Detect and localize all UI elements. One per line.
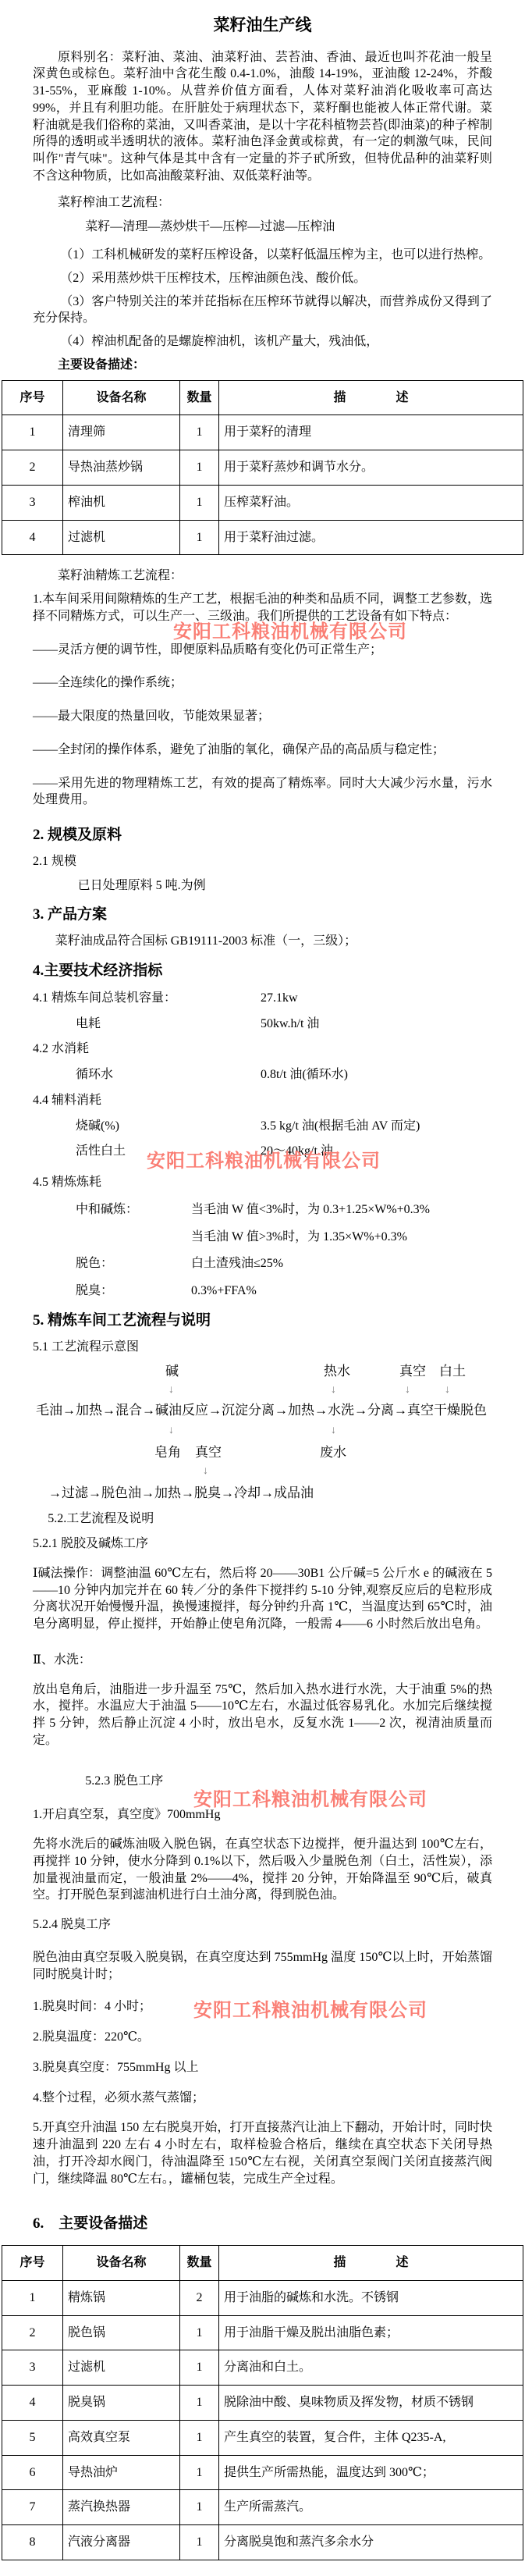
indicator-row: 烧碱(%) 3.5 kg/t 油(根据毛油 AV 而定) [33, 1118, 492, 1135]
cell-qty: 1 [180, 2525, 219, 2560]
section-4-5-subheading: 4.5 精炼炼耗 安阳工科粮油机械有限公司 [33, 1174, 492, 1191]
cell-no: 2 [2, 450, 63, 486]
indicator-row: 活性白土 20～40kg/t 油 [33, 1143, 492, 1160]
table-row: 3 榨油机 1 压榨菜籽油。 [2, 485, 523, 520]
cell-no: 1 [2, 415, 63, 450]
press-point-2: （2）采用蒸炒烘干压榨技术，压榨油颜色浅、酸价低。 [33, 270, 492, 287]
col-header-desc: 描 述 [219, 2246, 523, 2281]
loss-row: 当毛油 W 值>3%时，为 1.35×W%+0.3% [33, 1229, 492, 1246]
deodorize-item-1-text: 1.脱臭时间：4 小时； [33, 2000, 151, 2013]
water-wash-paragraph: 放出皂角后，油脂进一步升温至 75℃，然后加入热水进行水洗，大于油重 5%的热水… [33, 1681, 492, 1749]
cell-no: 3 [2, 2350, 63, 2386]
cell-no: 8 [2, 2525, 63, 2560]
deodorize-paragraph: 脱色油由真空泵吸入脱臭锅，在真空度达到 755mmHg 温度 150℃以上时，开… [33, 1949, 492, 1984]
process-flow-diagram: 碱 热水 真空 白土 ↓ ↓ ↓ ↓ 毛油→加热→混合→碱油反应→沉淀分离→加热… [0, 1362, 525, 1507]
loss-value: 当毛油 W 值<3%时，为 0.3+1.25×W%+0.3% [191, 1201, 430, 1219]
section-4-heading: 4.主要技术经济指标 [33, 961, 492, 981]
table-row: 6 导热油炉 1 提供生产所需热能，温度达到 300℃； [2, 2455, 523, 2490]
cell-desc: 用于菜籽的清理 [219, 415, 523, 450]
cell-qty: 1 [180, 2455, 219, 2490]
col-header-no: 序号 [2, 2246, 63, 2281]
page-title: 菜籽油生产线 [33, 14, 492, 37]
table-row: 2 脱色锅 1 用于油脂干燥及脱出油脂色素； [2, 2315, 523, 2350]
cell-no: 1 [2, 2280, 63, 2315]
cell-name: 精炼锅 [63, 2280, 180, 2315]
deodorize-item-4: 4.整个过程，必须水蒸气蒸馏； [33, 2090, 492, 2107]
loss-value: 0.3%+FFA% [191, 1283, 257, 1300]
table-row: 1 精炼锅 2 用于油脂的碱炼和水洗。不锈钢 [2, 2280, 523, 2315]
cell-qty: 2 [180, 2280, 219, 2315]
table-row: 5 高效真空泵 1 产生真空的装置，复合件，主体 Q235-A, [2, 2420, 523, 2455]
flow-second-line: →过滤→脱色油→加热→脱臭→冷却→成品油 [48, 1484, 314, 1502]
cell-no: 7 [2, 2490, 63, 2525]
alkali-operation-paragraph: Ⅰ碱法操作：调整油温 60℃左右，然后将 20——30B1 公斤碱=5 公斤水 … [33, 1565, 492, 1633]
down-arrow-icon: ↓ [203, 1464, 208, 1478]
section-2-heading: 2. 规模及原料 [33, 825, 492, 845]
indicator-label: 4.2 水消耗 [33, 1041, 261, 1058]
flow-input-hot-water: 热水 [324, 1362, 350, 1380]
refinery-equipment-table: 序号 设备名称 数量 描 述 1 精炼锅 2 用于油脂的碱炼和水洗。不锈钢 2 … [2, 2245, 523, 2560]
indicator-row: 4.4 辅料消耗 [33, 1092, 492, 1109]
company-watermark: 安阳工科粮油机械有限公司 [193, 1788, 427, 1813]
loss-row: 脱色： 白土渣残油≤25% [33, 1255, 492, 1272]
cell-no: 4 [2, 2386, 63, 2421]
deodorize-item-3: 3.脱臭真空度：755mmHg 以上 [33, 2059, 492, 2076]
press-point-4: （4）榨油机配备的是螺旋榨油机，该机产量大，残油低， [33, 333, 492, 350]
document-page: 菜籽油生产线 原料别名：菜籽油、菜油、油菜籽油、芸苔油、香油、最近也叫芥花油一般… [0, 0, 525, 2576]
col-header-desc: 描 述 [219, 380, 523, 415]
cell-desc: 生产所需蒸汽。 [219, 2490, 523, 2525]
vacuum-pump-text: 1.开启真空泵，真空度》700mmHg [33, 1808, 220, 1821]
cell-qty: 1 [180, 2490, 219, 2525]
vacuum-pump-line: 1.开启真空泵，真空度》700mmHg 安阳工科粮油机械有限公司 [33, 1806, 492, 1823]
section-5-2-3-subheading: 5.2.3 脱色工序 [33, 1773, 492, 1790]
company-watermark: 安阳工科粮油机械有限公司 [193, 1998, 427, 2024]
table-header-row: 序号 设备名称 数量 描 述 [2, 380, 523, 415]
press-flow-label: 菜籽榨油工艺流程： [33, 194, 492, 212]
cell-name: 导热油炉 [63, 2455, 180, 2490]
press-flow-chain: 菜籽—清理—蒸炒烘干—压榨—过滤—压榨油 [33, 219, 492, 236]
col-header-qty: 数量 [180, 380, 219, 415]
cell-qty: 1 [180, 485, 219, 520]
press-point-3: （3）客户特别关注的苯并芘指标在压榨环节就得以解决，而营养成份又得到了充分保持。 [33, 294, 492, 328]
equipment-heading-press: 主要设备描述： [33, 357, 492, 374]
feature-item: ——采用先进的物理精炼工艺，有效的提高了精炼率。同时大大减少污水量，污水处理费用… [33, 775, 492, 809]
loss-label: 中和碱炼： [76, 1201, 191, 1219]
table-row: 3 过滤机 1 分离油和白土。 [2, 2350, 523, 2386]
indicator-label: 烧碱(%) [76, 1118, 261, 1135]
flow-input-alkali: 碱 [165, 1362, 179, 1380]
section-3-heading: 3. 产品方案 [33, 905, 492, 925]
cell-desc: 脱除油中酸、臭味物质及挥发物，材质不锈钢 [219, 2386, 523, 2421]
loss-value: 白土渣残油≤25% [191, 1255, 283, 1272]
flow-main-line: 毛油→加热→混合→碱油反应→沉淀分离→加热→水洗→分离→真空干燥脱色 [36, 1401, 487, 1419]
indicator-value: 27.1kw [261, 990, 298, 1007]
feature-item: ——全连续化的操作系统； [33, 674, 492, 692]
cell-desc: 提供生产所需热能，温度达到 300℃； [219, 2455, 523, 2490]
flow-input-vacuum: 真空 [399, 1362, 426, 1380]
cell-desc: 用于油脂干燥及脱出油脂色素； [219, 2315, 523, 2350]
cell-no: 3 [2, 485, 63, 520]
deodorize-item-5: 5.开真空升油温 150 左右脱臭开始，打开直接蒸汽让油上下翻动，开始计时，同时… [33, 2119, 492, 2187]
cell-desc: 压榨菜籽油。 [219, 485, 523, 520]
table-row: 4 脱臭锅 1 脱除油中酸、臭味物质及挥发物，材质不锈钢 [2, 2386, 523, 2421]
section-4-5-text: 4.5 精炼炼耗 [33, 1176, 101, 1189]
feature-item: ——最大限度的热量回收，节能效果显著； [33, 708, 492, 725]
table-row: 8 汽液分离器 1 分离脱臭饱和蒸汽多余水分 [2, 2525, 523, 2560]
cell-name: 过滤机 [63, 2350, 180, 2386]
cell-desc: 产生真空的装置，复合件，主体 Q235-A, [219, 2420, 523, 2455]
down-arrow-icon: ↓ [168, 1423, 174, 1438]
loss-label: 脱色： [76, 1255, 191, 1272]
down-arrow-icon: ↓ [445, 1382, 450, 1397]
indicator-value: 20～40kg/t 油 [261, 1143, 333, 1160]
indicator-label: 4.4 辅料消耗 [33, 1092, 261, 1109]
flow-output-soapstock: 皂角 [154, 1443, 181, 1461]
down-arrow-icon: ↓ [405, 1382, 410, 1397]
cell-no: 5 [2, 2420, 63, 2455]
deodorize-item-2: 2.脱臭温度：220℃。 [33, 2029, 492, 2046]
deodorize-item-1: 1.脱臭时间：4 小时； 安阳工科粮油机械有限公司 [33, 1998, 492, 2016]
loss-value: 当毛油 W 值>3%时，为 1.35×W%+0.3% [191, 1229, 407, 1246]
cell-name: 汽液分离器 [63, 2525, 180, 2560]
cell-name: 清理筛 [63, 415, 180, 450]
indicator-label: 电耗 [76, 1016, 261, 1033]
flow-output-waste-water: 废水 [320, 1443, 346, 1461]
cell-no: 4 [2, 520, 63, 555]
indicator-label: 活性白土 [76, 1143, 261, 1160]
cell-no: 2 [2, 2315, 63, 2350]
section-5-2-subheading: 5.2.工艺流程及说明 [33, 1510, 492, 1528]
col-header-no: 序号 [2, 380, 63, 415]
section-5-2-1-subheading: 5.2.1 脱胶及碱炼工序 [33, 1535, 492, 1553]
table-header-row: 序号 设备名称 数量 描 述 [2, 2246, 523, 2281]
cell-name: 蒸汽换热器 [63, 2490, 180, 2525]
indicator-row: 4.1 精炼车间总装机容量： 27.1kw [33, 990, 492, 1007]
cell-name: 脱色锅 [63, 2315, 180, 2350]
loss-row: 脱臭： 0.3%+FFA% [33, 1283, 492, 1300]
feature-item: ——全封闭的操作体系，避免了油脂的氧化，确保产品的高品质与稳定性； [33, 742, 492, 759]
product-standard-text: 菜籽油成品符合国标 GB19111-2003 标准（一，三级）； [33, 933, 492, 950]
indicator-value: 3.5 kg/t 油(根据毛油 AV 而定) [261, 1118, 420, 1135]
refine-intro-text: 1.本车间采用间隙精炼的生产工艺，根据毛油的种类和品质不同，调整工艺参数，选择不… [33, 592, 492, 623]
down-arrow-icon: ↓ [331, 1382, 336, 1397]
cell-name: 榨油机 [63, 485, 180, 520]
refine-intro-paragraph: 1.本车间采用间隙精炼的生产工艺，根据毛油的种类和品质不同，调整工艺参数，选择不… [33, 591, 492, 625]
indicator-value: 0.8t/t 油(循环水) [261, 1066, 348, 1083]
col-header-qty: 数量 [180, 2246, 219, 2281]
table-row: 4 过滤机 1 用于菜籽油过滤。 [2, 520, 523, 555]
col-header-name: 设备名称 [63, 380, 180, 415]
indicator-label: 4.1 精炼车间总装机容量： [33, 990, 261, 1007]
indicator-row: 电耗 50kw.h/t 油 [33, 1016, 492, 1033]
cell-qty: 1 [180, 520, 219, 555]
section-5-heading: 5. 精炼车间工艺流程与说明 [33, 1311, 492, 1331]
indicator-value: 50kw.h/t 油 [261, 1016, 319, 1033]
intro-paragraph: 原料别名：菜籽油、菜油、油菜籽油、芸苔油、香油、最近也叫芥花油一般呈深黄色或棕色… [33, 49, 492, 185]
down-arrow-icon: ↓ [331, 1423, 336, 1438]
indicator-row: 4.2 水消耗 [33, 1041, 492, 1058]
section-5-2-4-subheading: 5.2.4 脱臭工序 [33, 1916, 492, 1934]
table-row: 1 清理筛 1 用于菜籽的清理 [2, 415, 523, 450]
flow-mid-vacuum: 真空 [195, 1443, 222, 1461]
feature-item: ——灵活方便的调节性，即便原料品质略有变化仍可正常生产； [33, 642, 492, 659]
cell-desc: 分离脱臭饱和蒸汽多余水分 [219, 2525, 523, 2560]
cell-name: 导热油蒸炒锅 [63, 450, 180, 486]
cell-qty: 1 [180, 2350, 219, 2386]
section-2-1-subheading: 2.1 规模 [33, 853, 492, 870]
bleaching-paragraph: 先将水洗后的碱炼油吸入脱色锅，在真空状态下边搅拌，便升温达到 100℃左右，再搅… [33, 1836, 492, 1904]
cell-qty: 1 [180, 415, 219, 450]
press-point-1: （1）工科机械研发的菜籽压榨设备，以菜籽低温压榨为主，也可以进行热榨。 [33, 247, 492, 264]
cell-name: 高效真空泵 [63, 2420, 180, 2455]
cell-qty: 1 [180, 2315, 219, 2350]
loss-label [76, 1229, 191, 1246]
section-5-1-subheading: 5.1 工艺流程示意图 [33, 1339, 492, 1356]
cell-qty: 1 [180, 2420, 219, 2455]
cell-desc: 用于菜籽蒸炒和调节水分。 [219, 450, 523, 486]
cell-no: 6 [2, 2455, 63, 2490]
cell-desc: 用于油脂的碱炼和水洗。不锈钢 [219, 2280, 523, 2315]
cell-desc: 用于菜籽油过滤。 [219, 520, 523, 555]
section-6-heading: 6. 主要设备描述 [33, 2214, 492, 2234]
table-row: 2 导热油蒸炒锅 1 用于菜籽蒸炒和调节水分。 [2, 450, 523, 486]
water-wash-subheading: Ⅱ、水洗： [33, 1652, 492, 1669]
refine-flow-label: 菜籽油精炼工艺流程： [33, 568, 492, 585]
loss-label: 脱臭： [76, 1283, 191, 1300]
cell-name: 过滤机 [63, 520, 180, 555]
indicator-row: 循环水 0.8t/t 油(循环水) [33, 1066, 492, 1083]
down-arrow-icon: ↓ [168, 1382, 174, 1397]
loss-row: 中和碱炼： 当毛油 W 值<3%时，为 0.3+1.25×W%+0.3% [33, 1201, 492, 1219]
cell-desc: 分离油和白土。 [219, 2350, 523, 2386]
indicator-label: 循环水 [76, 1066, 261, 1083]
flow-input-clay: 白土 [439, 1362, 466, 1380]
cell-qty: 1 [180, 450, 219, 486]
press-equipment-table: 序号 设备名称 数量 描 述 1 清理筛 1 用于菜籽的清理 2 导热油蒸炒锅 … [2, 380, 523, 556]
scale-text: 已日处理原料 5 吨.为例 [78, 877, 492, 895]
cell-name: 脱臭锅 [63, 2386, 180, 2421]
table-row: 7 蒸汽换热器 1 生产所需蒸汽。 [2, 2490, 523, 2525]
cell-qty: 1 [180, 2386, 219, 2421]
col-header-name: 设备名称 [63, 2246, 180, 2281]
